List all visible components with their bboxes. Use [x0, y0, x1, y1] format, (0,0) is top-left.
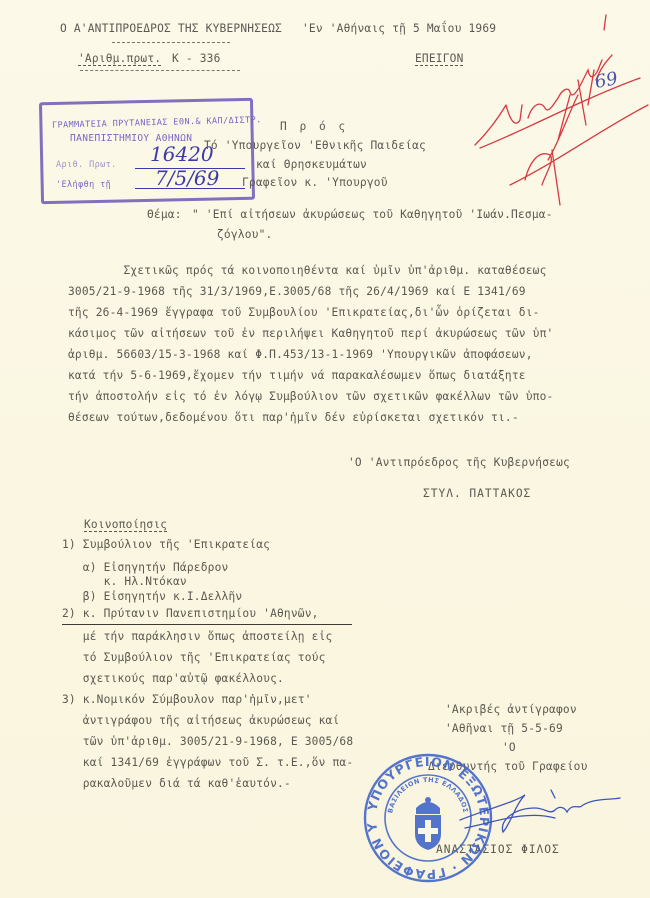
body-line-4: κάσιμος τῶν αἰτήσεων τοῦ ἐν περιλήψει Κα… — [68, 327, 553, 340]
distribution-item-1: 1) Συμβούλιον τῆς 'Επικρατείας — [62, 538, 270, 551]
certification-line-3: 'Ο — [502, 741, 516, 754]
distribution-item-2-cont-3: σχετικούς παρ'αὐτῷ φακέλλους. — [62, 672, 284, 685]
distribution-item-2: 2) κ. Πρύτανιν Πανεπιστημίου 'Αθηνῶν, — [62, 607, 319, 620]
distribution-item-3-cont-4: ρακαλοῦμεν διά τά καθ'ἑαυτόν.- — [62, 777, 291, 790]
signatory-title: 'Ο 'Αντιπρόεδρος τῆς Κυβερνήσεως — [348, 456, 570, 469]
distribution-item-2-cont-1: μέ τήν παράκλησιν ὅπως ἀποστείλῃ εἰς — [62, 630, 332, 643]
signatory-name: ΣΤΥΛ. ΠΑΤΤΑΚΟΣ — [423, 487, 531, 500]
stamp-field-2-line — [135, 188, 245, 189]
subject-line-2: ζόγλου". — [217, 228, 272, 241]
distribution-heading: Κοινοποίησις — [84, 518, 167, 531]
place-date: 'Εν 'Αθήναις τῇ 5 Μαΐου 1969 — [302, 22, 496, 35]
certification-line-1: 'Ακριβές ἀντίγραφον — [445, 703, 577, 716]
body-line-6: κατά τήν 5-6-1969,ἔχομεν τήν τιμήν νά πα… — [68, 369, 526, 382]
director-signature — [455, 780, 625, 840]
subject-line-1: " 'Επί αἰτήσεων ἀκυρώσεως τοῦ Καθηγητοῦ … — [192, 208, 553, 221]
distribution-item-3: 3) κ.Νομικόν Σύμβουλον παρ'ἡμῖν,μετ' — [62, 693, 312, 706]
body-line-8: θέσεων τούτων,δεδομένου ὅτι παρ'ἡμῖν δέν… — [68, 411, 519, 424]
sender-heading: Ο Α'ΑΝΤΙΠΡΟΕΔΡΟΣ ΤΗΣ ΚΥΒΕΡΝΗΣΕΩΣ — [60, 22, 282, 35]
sender-underline — [112, 42, 230, 43]
distribution-item-3-cont-1: ἀντιγράφου τῆς αἰτήσεως ἀκυρώσεως καί — [62, 714, 339, 727]
recipient-line-2: καί Θρησκευμάτων — [256, 158, 367, 171]
distribution-item-2-cont-2: τό Συμβούλιον τῆς 'Επικρατείας τούς — [62, 651, 326, 664]
distribution-item-1a: α) Εἰσηγητήν Πάρεδρον — [62, 561, 228, 574]
body-line-7: τήν ἀποστολήν εἰς τό ἐν λόγῳ Συμβούλιον … — [68, 390, 553, 403]
recipient-line-3: Γραφεῖον κ. 'Υπουργοῦ — [242, 176, 388, 189]
distribution-item-2-underline — [62, 624, 352, 625]
subject-label: Θέμα: — [147, 208, 182, 221]
protocol-number: Κ - 336 — [172, 52, 221, 65]
distribution-item-3-cont-2: τῶν ὑπ'ἀριθμ. 3005/21-9-1968, Ε 3005/68 — [62, 735, 353, 748]
recipient-label: Π ρ ό ς — [280, 120, 348, 133]
body-line-5: ἀριθμ. 56603/15-3-1968 καί Φ.Π.453/13-1-… — [68, 348, 533, 361]
stamp-field-1-label: Αριθ. Πρωτ. — [56, 160, 117, 170]
recipient-line-1: Τό 'Υπουργεῖον 'Εθνικῆς Παιδείας — [204, 139, 426, 152]
protocol-underline — [80, 70, 240, 71]
body-line-2: 3005/21-9-1968 τῆς 31/3/1969,Ε.3005/68 τ… — [68, 285, 526, 298]
stamp-field-2-label: 'Ελήφθη τῇ — [56, 180, 111, 190]
protocol-label: 'Αριθμ.πρωτ. — [78, 52, 161, 65]
handwritten-annotation: 69 — [470, 10, 650, 210]
distribution-item-1b: β) Εἰσηγητήν κ.Ι.Δελλῆν — [62, 590, 242, 603]
distribution-item-3-cont-3: καί 1341/69 ἐγγράφων τοῦ Σ. τ.Ε.,ὅν πα- — [62, 756, 353, 769]
document-page: Ο Α'ΑΝΤΙΠΡΟΕΔΡΟΣ ΤΗΣ ΚΥΒΕΡΝΗΣΕΩΣ 'Εν 'Αθ… — [0, 0, 650, 898]
certification-line-2: 'Αθῆναι τῇ 5-5-69 — [445, 722, 563, 735]
body-line-3: τῆς 26-4-1969 ἔγγραφα τοῦ Συμβουλίου 'Επ… — [68, 306, 540, 319]
annotation-date: 69 — [593, 68, 619, 93]
distribution-item-1a-name: κ. Ηλ.Ντόκαν — [62, 575, 187, 588]
body-line-1: Σχετικῶς πρός τά κοινοποιηθέντα καί ὑμῖν… — [68, 264, 547, 277]
stamp-field-2-value: 7/5/69 — [155, 166, 219, 190]
urgency-label: ΕΠΕΙΓΟΝ — [415, 52, 464, 65]
